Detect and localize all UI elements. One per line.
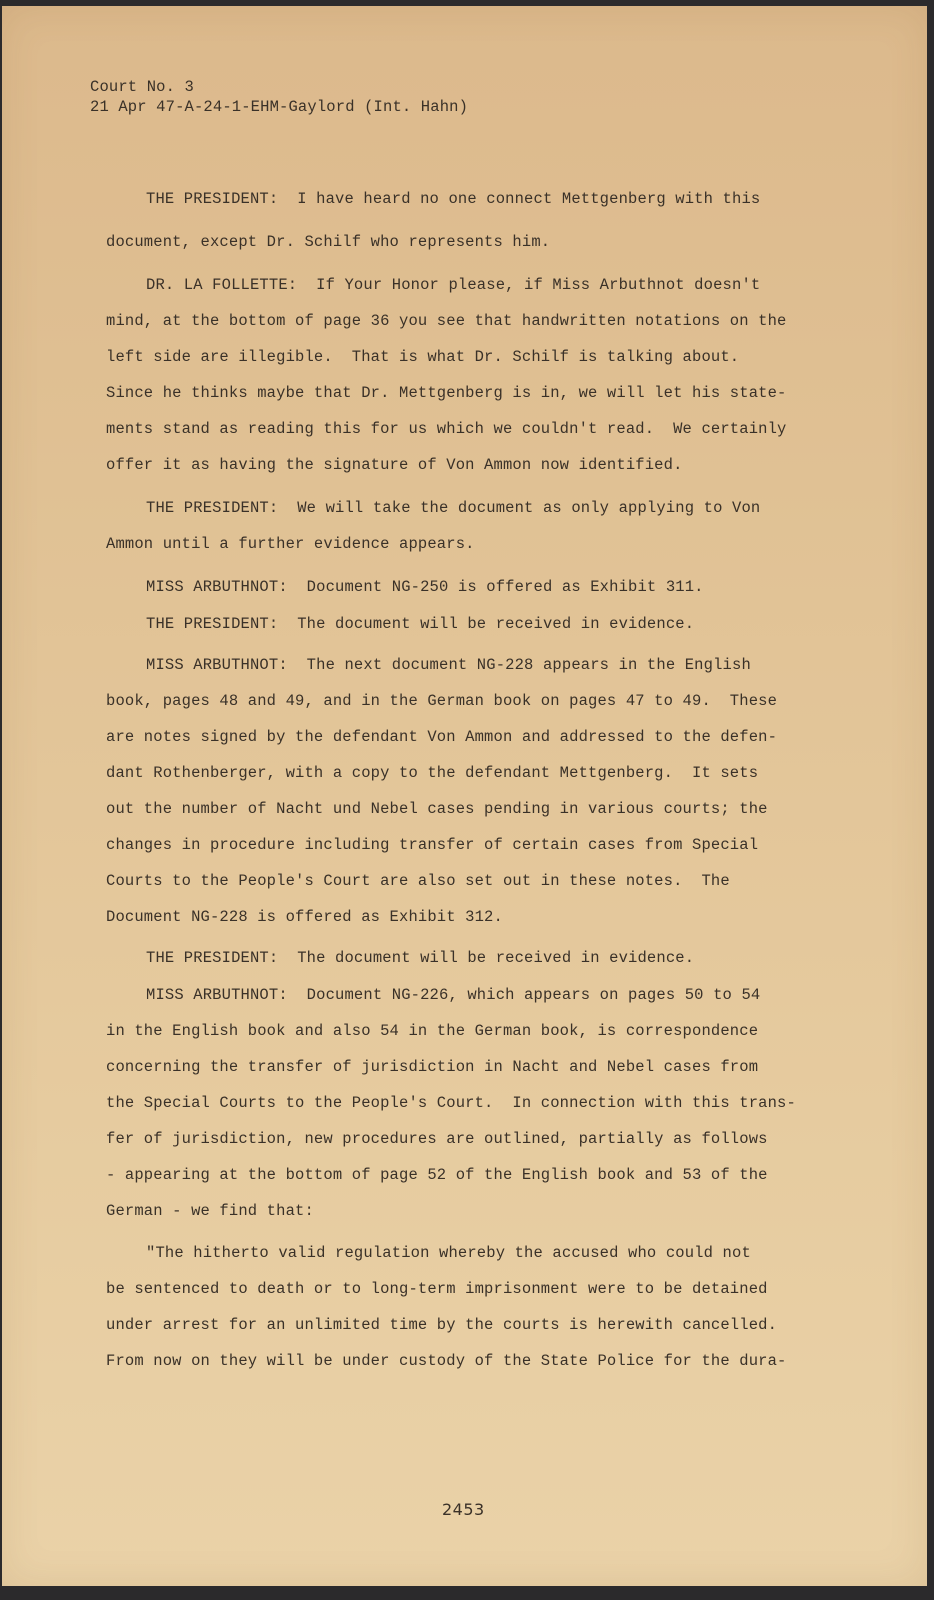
transcript-line: the Special Courts to the People's Court… (106, 1094, 796, 1112)
transcript-line: Since he thinks maybe that Dr. Mettgenbe… (106, 384, 787, 402)
transcript-line: Document NG-228 is offered as Exhibit 31… (106, 908, 503, 926)
transcript-line: THE PRESIDENT: The document will be rece… (146, 949, 694, 967)
transcript-line: are notes signed by the defendant Von Am… (106, 728, 777, 746)
transcript-line: "The hitherto valid regulation whereby t… (146, 1244, 751, 1262)
transcript-line: THE PRESIDENT: I have heard no one conne… (146, 190, 760, 208)
transcript-line: DR. LA FOLLETTE: If Your Honor please, i… (146, 276, 760, 294)
transcript-line: out the number of Nacht und Nebel cases … (106, 800, 768, 818)
transcript-line: MISS ARBUTHNOT: Document NG-250 is offer… (146, 578, 704, 596)
transcript-line: left side are illegible. That is what Dr… (106, 348, 739, 366)
transcript-line: mind, at the bottom of page 36 you see t… (106, 312, 787, 330)
transcript-line: book, pages 48 and 49, and in the German… (106, 692, 777, 710)
transcript-line: offer it as having the signature of Von … (106, 456, 683, 474)
court-number: Court No. 3 (90, 78, 194, 96)
transcript-line: concerning the transfer of jurisdiction … (106, 1058, 758, 1076)
transcript-line: dant Rothenberger, with a copy to the de… (106, 764, 758, 782)
transcript-line: changes in procedure including transfer … (106, 836, 758, 854)
transcript-line: German - we find that: (106, 1202, 314, 1220)
transcript-line: fer of jurisdiction, new procedures are … (106, 1130, 768, 1148)
transcript-line: document, except Dr. Schilf who represen… (106, 233, 550, 251)
transcript-line: THE PRESIDENT: We will take the document… (146, 499, 760, 517)
transcript-line: be sentenced to death or to long-term im… (106, 1280, 768, 1298)
transcript-line: MISS ARBUTHNOT: Document NG-226, which a… (146, 986, 760, 1004)
document-page: Court No. 3 21 Apr 47-A-24-1-EHM-Gaylord… (2, 6, 927, 1586)
transcript-line: Courts to the People's Court are also se… (106, 872, 730, 890)
transcript-line: From now on they will be under custody o… (106, 1352, 787, 1370)
transcript-line: Ammon until a further evidence appears. (106, 535, 475, 553)
transcript-line: MISS ARBUTHNOT: The next document NG-228… (146, 656, 751, 674)
transcript-line: under arrest for an unlimited time by th… (106, 1316, 777, 1334)
transcript-line: in the English book and also 54 in the G… (106, 1022, 758, 1040)
transcript-line: - appearing at the bottom of page 52 of … (106, 1166, 768, 1184)
transcript-line: THE PRESIDENT: The document will be rece… (146, 615, 694, 633)
transcript-reference: 21 Apr 47-A-24-1-EHM-Gaylord (Int. Hahn) (90, 98, 468, 116)
transcript-line: ments stand as reading this for us which… (106, 420, 787, 438)
page-number: 2453 (442, 1500, 485, 1519)
